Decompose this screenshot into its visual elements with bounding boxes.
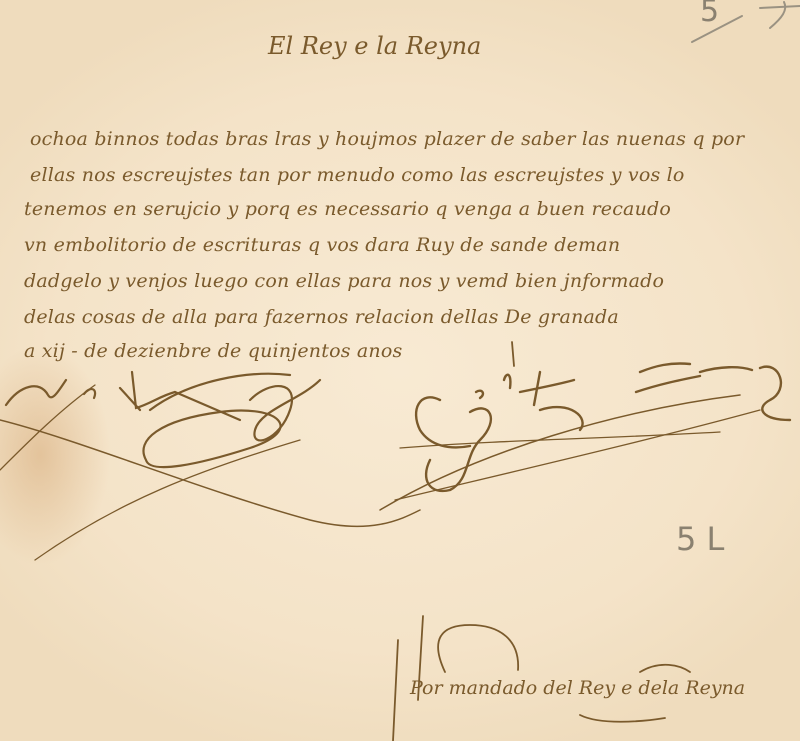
- signature-flourishes: [0, 0, 800, 741]
- signature-left-icon: [0, 372, 420, 560]
- body-line-1: ochoa binnos todas bras lras y houjmos p…: [30, 128, 744, 150]
- body-line-4: vn embolitorio de escrituras q vos dara …: [24, 234, 620, 256]
- pencil-margin-mark: 5 L: [676, 520, 724, 558]
- document-title: El Rey e la Reyna: [268, 32, 481, 60]
- body-line-2: ellas nos escreujstes tan por menudo com…: [30, 164, 685, 186]
- body-line-3: tenemos en serujcio y porq es necessario…: [24, 198, 671, 220]
- body-line-6: delas cosas de alla para fazernos relaci…: [24, 306, 619, 328]
- pencil-folio-number: 5: [700, 0, 719, 29]
- date-bracket-icon: [512, 342, 514, 366]
- manuscript-page: 5 El Rey e la Reyna ochoa binnos todas b…: [0, 0, 800, 741]
- body-line-5: dadgelo y venjos luego con ellas para no…: [24, 270, 664, 292]
- signature-right-icon: [380, 363, 790, 510]
- body-line-7-date: a xij - de dezienbre de quinjentos anos: [24, 340, 402, 362]
- closing-countersign: Por mandado del Rey e dela Reyna: [410, 677, 745, 699]
